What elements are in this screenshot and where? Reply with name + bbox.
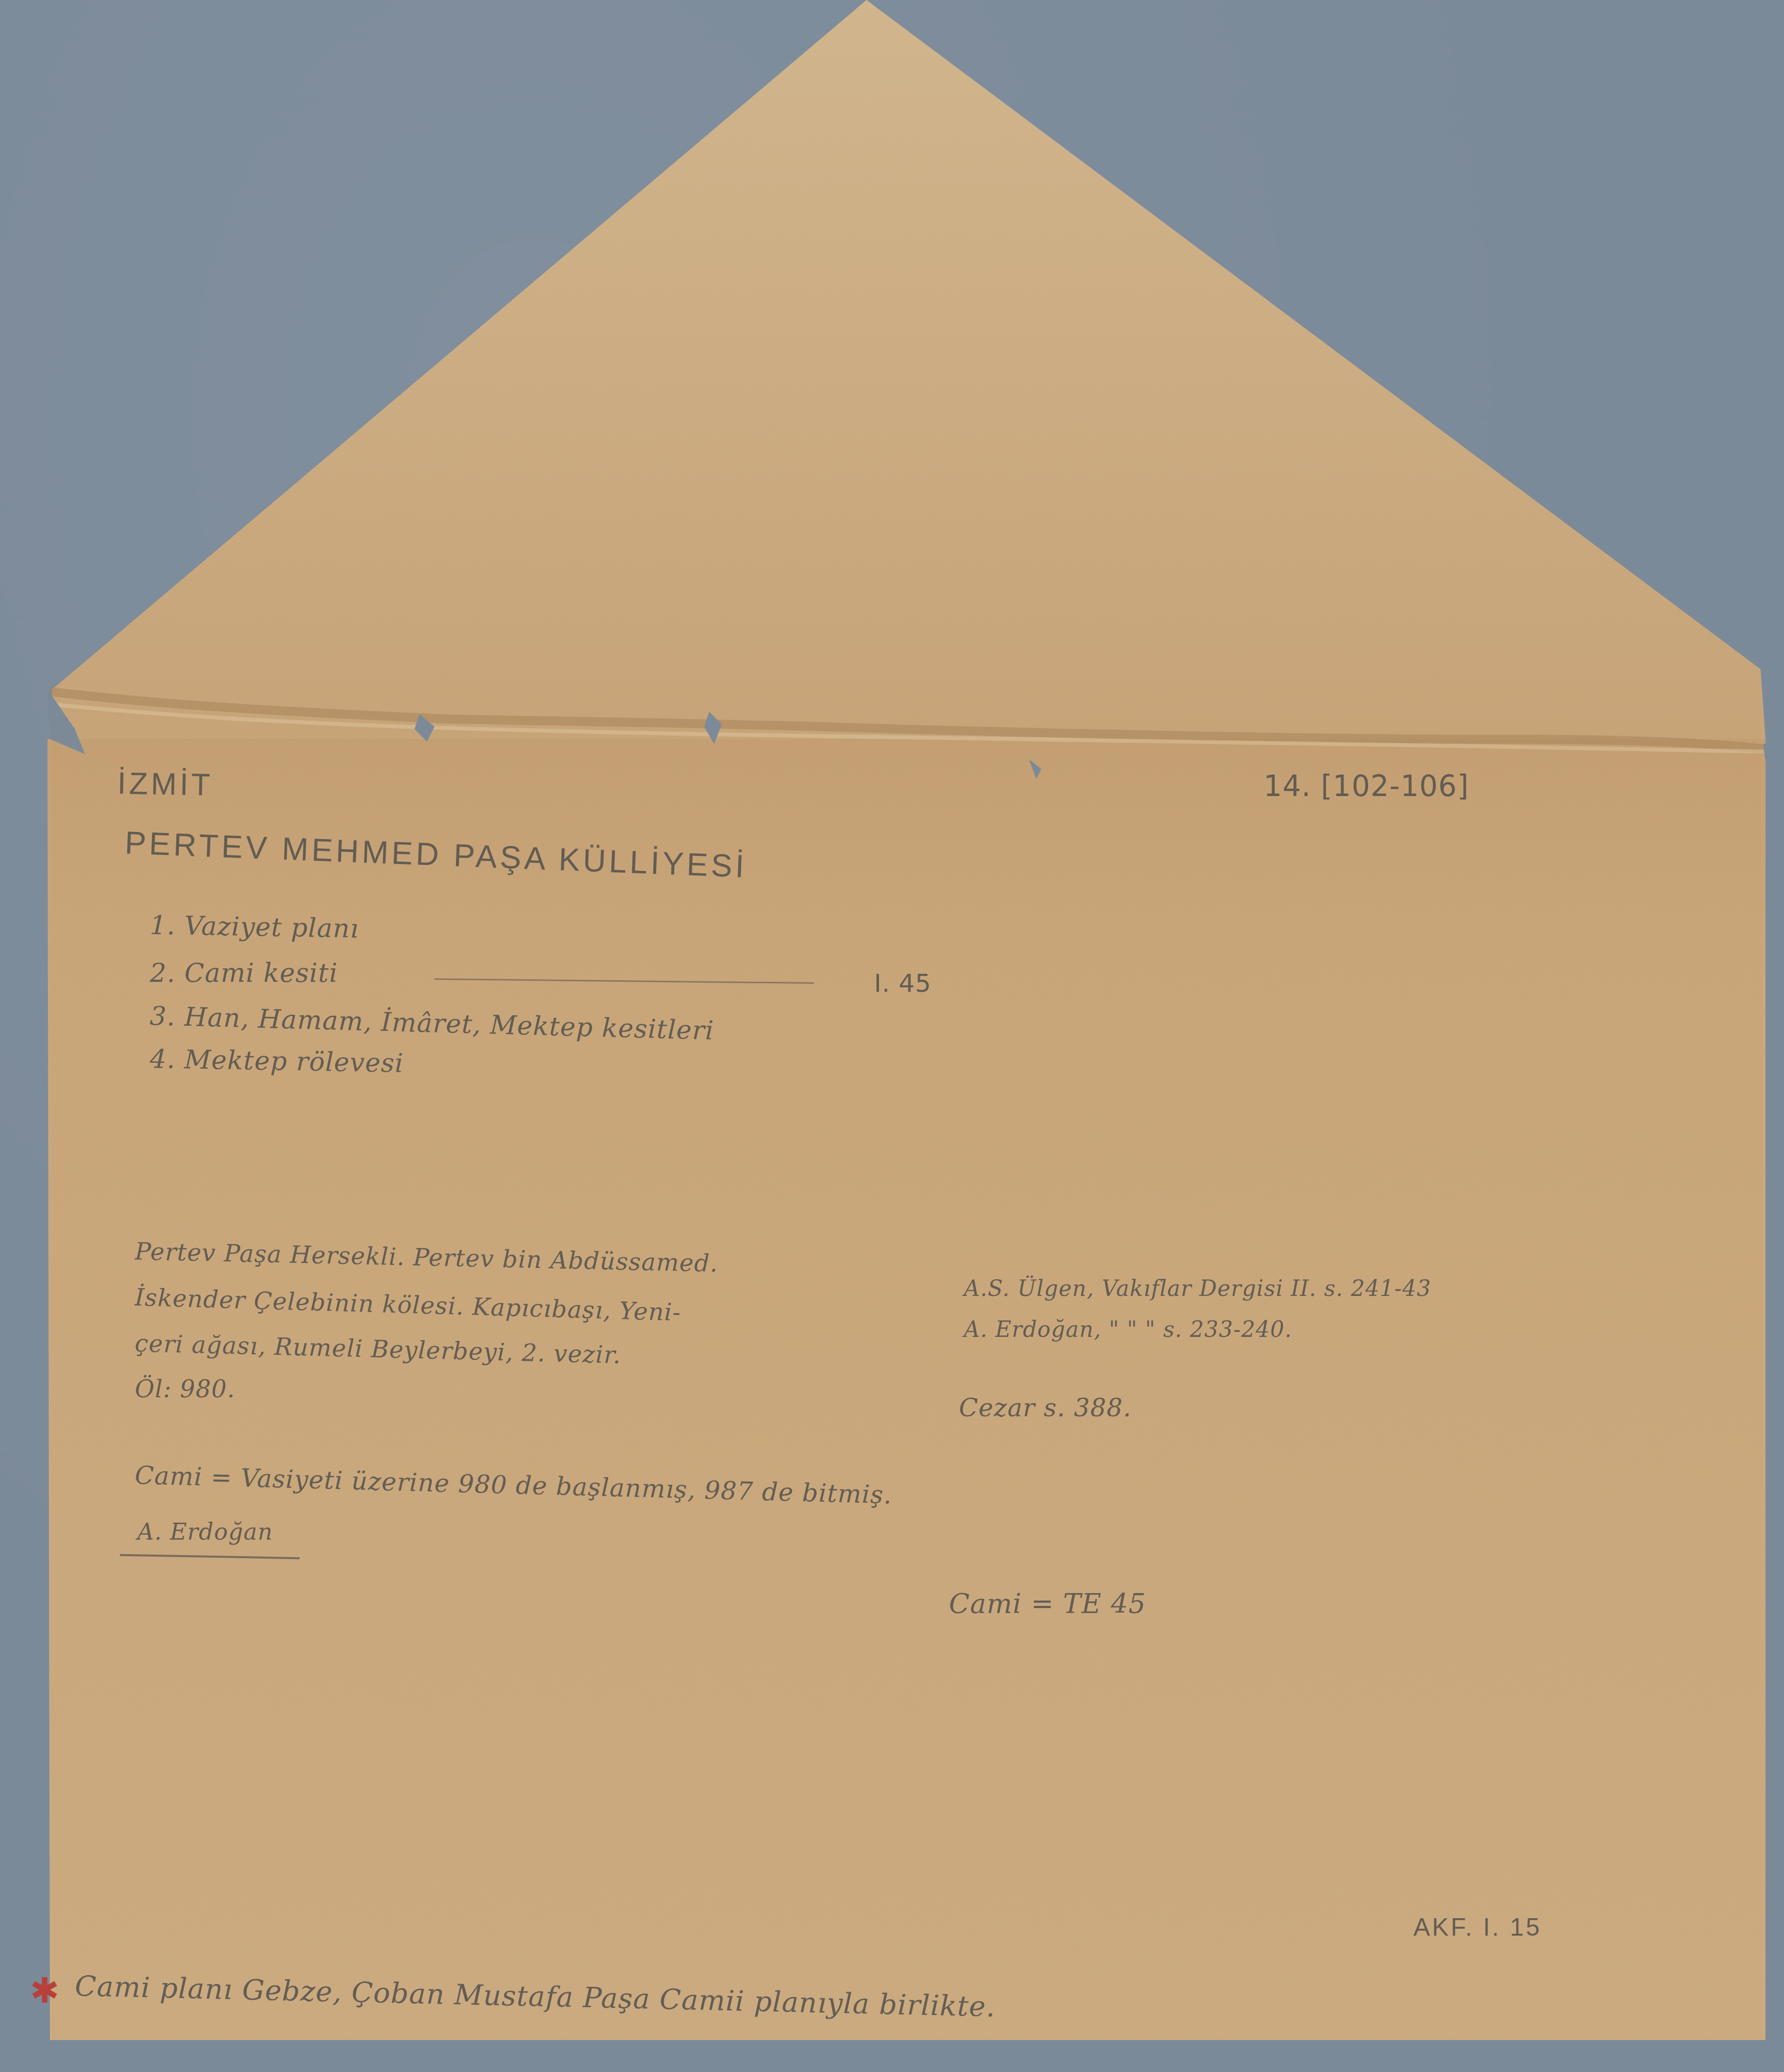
archive-code: AKF. I. 15 (1413, 1913, 1542, 1942)
cezar-reference: Cezar s. 388. (959, 1393, 1132, 1422)
reference-number: 14. [102-106] (1264, 769, 1469, 803)
mosque-code: Cami = TE 45 (949, 1588, 1146, 1620)
biography-notes: Pertev Paşa Hersekli. Pertev bin Abdüssa… (135, 1229, 718, 1412)
note-author: A. Erdoğan (137, 1518, 273, 1545)
contents-list: 1. Vaziyet planı 2. Cami kesiti 3. Han, … (150, 909, 714, 1081)
list-item: 1. Vaziyet planı (149, 904, 714, 957)
list-item: 2. Cami kesiti (150, 952, 714, 995)
red-asterisk-icon: ✱ (30, 1970, 59, 2011)
reference-line: A.S. Ülgen, Vakıflar Dergisi II. s. 241-… (964, 1268, 1431, 1309)
volume-mark: I. 45 (874, 969, 931, 998)
place-heading: İZMİT (117, 766, 213, 803)
reference-line: A. Erdoğan, " " " s. 233-240. (964, 1309, 1431, 1350)
bibliography-references: A.S. Ülgen, Vakıflar Dergisi II. s. 241-… (964, 1268, 1431, 1350)
